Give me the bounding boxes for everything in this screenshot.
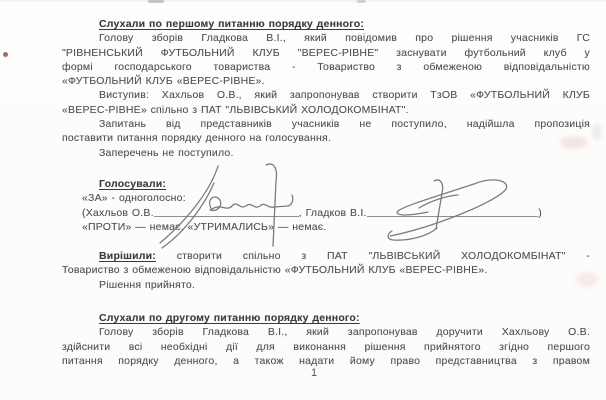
text-line: Товариство з обмеженою відповідальністю … [62,263,590,277]
voting-block: Голосували: «ЗА» - одноголосно: (Хахльов… [82,177,542,234]
text-line: Виступив: Хахльов О.В., який запропонува… [62,88,590,102]
vote-for-line: «ЗА» - одноголосно: [82,191,542,205]
decision-line: Вирішили: створити спільно з ПАТ "ЛЬВІВС… [62,249,590,263]
scan-smudge [592,124,602,140]
text-line: «ВЕРЕС-РІВНЕ» спільно з ПАТ "ЛЬВІВСЬКИЙ … [62,103,590,117]
text-line: Голову зборів Гладкова В.І., який повідо… [62,31,590,45]
section-first-question: Слухали по першому питанню порядку денно… [62,17,590,160]
text-line: Рішення прийнято. [62,278,590,292]
text-line: поставити питання порядку денного на гол… [62,131,590,145]
signature-field-khakhlov [154,206,299,217]
text-line: здійснити всі необхідні дії для виконанн… [62,340,590,354]
page-number: 1 [305,367,323,379]
section-heading: Слухали по першому питанню порядку денно… [62,17,590,31]
text-line: Запитань від представників учасників не … [62,117,590,131]
cutoff-text-mark [357,0,366,3]
ink-speck-dot [3,52,8,57]
decision-block: Вирішили: створити спільно з ПАТ "ЛЬВІВС… [62,249,590,292]
closing-paren: ) [538,206,542,220]
signer-name-hladkov: , Гладков В.І. [299,206,367,220]
text-line: Голову зборів Гладкова В.І., який запроп… [62,325,590,339]
voting-heading: Голосували: [82,177,542,191]
decision-label: Вирішили: [99,250,156,262]
text-line: «ФУТБОЛЬНИЙ КЛУБ «ВЕРЕС-РІВНЕ». [62,74,590,88]
section-second-question: Слухали по другому питанню порядку денно… [62,311,590,368]
signature-field-hladkov [367,206,539,217]
text-line: формі господарського товариства - Товари… [62,60,590,74]
signer-name-khakhlov: (Хахльов О.В. [82,206,154,220]
scan-edge-streak [0,0,606,2]
decision-text: створити спільно з ПАТ "ЛЬВІВСЬКИЙ ХОЛОД… [177,250,590,262]
vote-against-line: «ПРОТИ» — немає, «УТРИМАЛИСЬ» — немає. [82,220,542,234]
section-heading: Слухали по другому питанню порядку денно… [62,311,590,325]
text-line: "РІВНЕНСЬКИЙ ФУТБОЛЬНИЙ КЛУБ "ВЕРЕС-РІВН… [62,46,590,60]
text-line: питання порядку денного, а також надати … [62,354,590,368]
text-line: Заперечень не поступило. [62,146,590,160]
signature-line: (Хахльов О.В. , Гладков В.І. ) [82,206,542,220]
cutoff-text-mark [148,0,164,3]
document-page: Слухали по першому питанню порядку денно… [0,0,606,400]
